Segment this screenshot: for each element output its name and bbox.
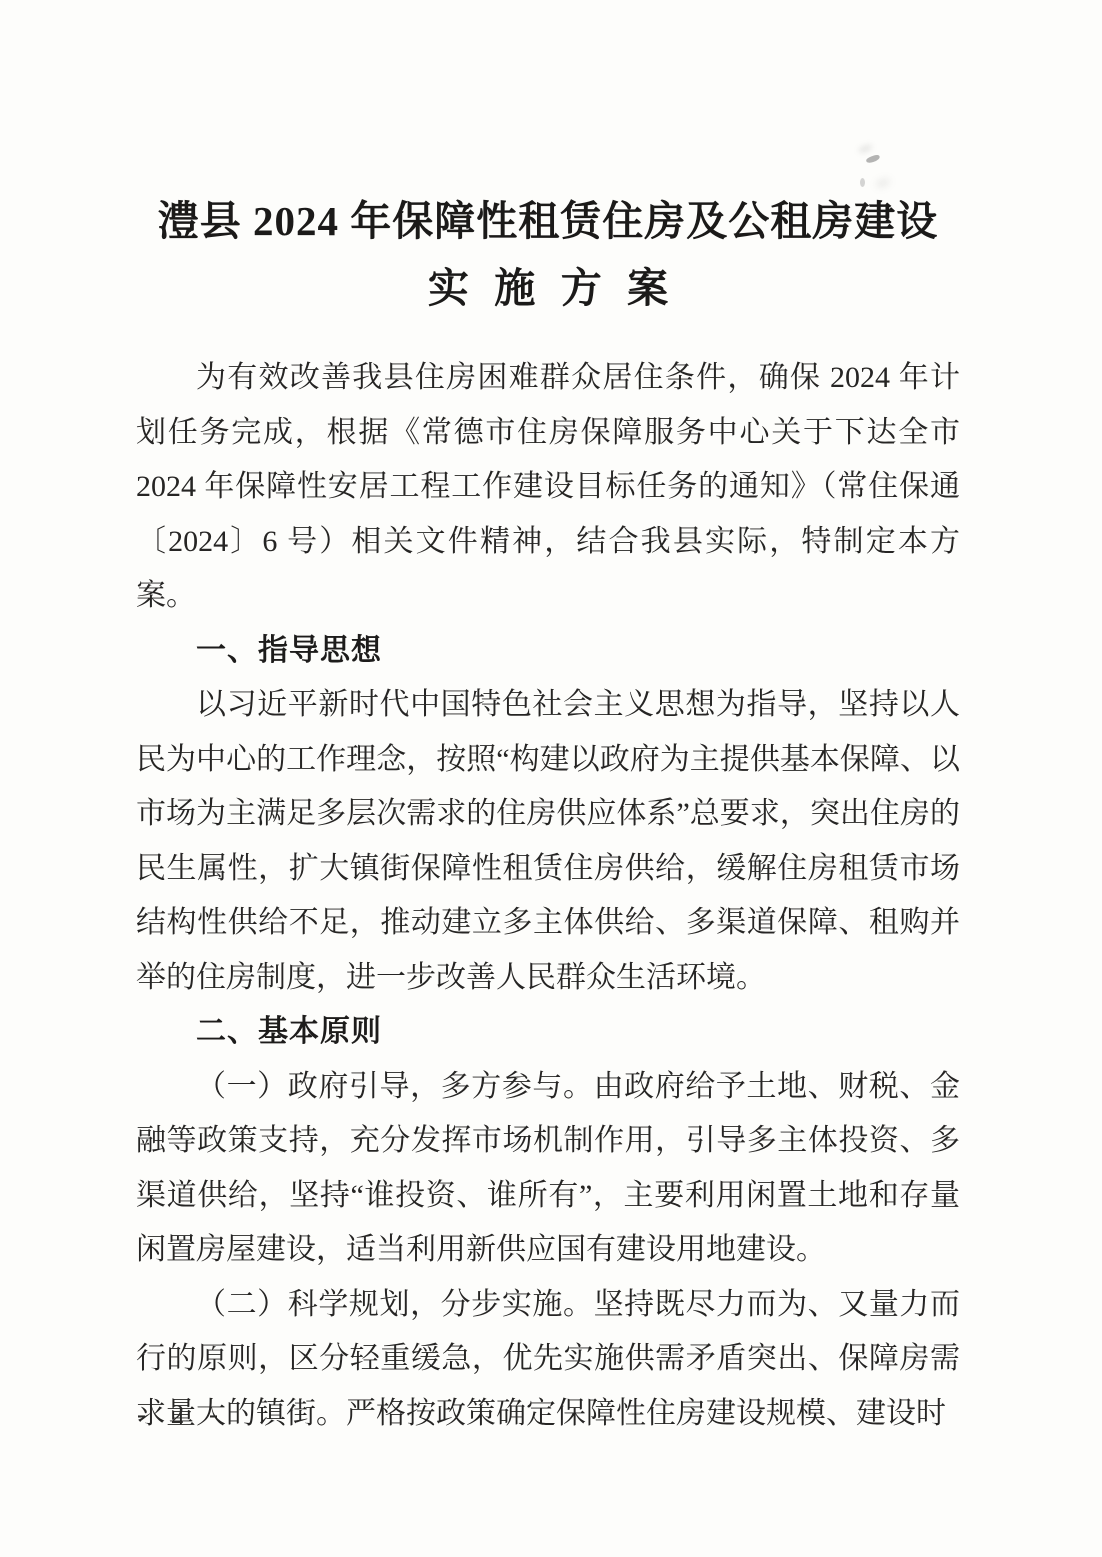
scan-speck — [860, 178, 865, 187]
paragraph-guiding-ideology: 以习近平新时代中国特色社会主义思想为指导，坚持以人民为中心的工作理念，按照“构建… — [136, 678, 960, 1005]
document-title-line-1: 澧县 2024 年保障性租赁住房及公租房建设 — [158, 198, 939, 244]
page-number: - 2 - — [137, 1399, 227, 1430]
scan-speck — [865, 154, 880, 164]
document-body: 为有效改善我县住房困难群众居住条件，确保 2024 年计划任务完成，根据《常德市… — [136, 351, 960, 1441]
scan-artifact — [858, 138, 884, 190]
paragraph-intro: 为有效改善我县住房困难群众居住条件，确保 2024 年计划任务完成，根据《常德市… — [136, 351, 960, 624]
paragraph-principle-2: （二）科学规划，分步实施。坚持既尽力而为、又量力而行的原则，区分轻重缓急，优先实… — [136, 1278, 960, 1442]
document-content: 澧县 2024 年保障性租赁住房及公租房建设 实施方案 为有效改善我县住房困难群… — [136, 188, 960, 1441]
scanned-document-page: 澧县 2024 年保障性租赁住房及公租房建设 实施方案 为有效改善我县住房困难群… — [0, 0, 1102, 1557]
document-title: 澧县 2024 年保障性租赁住房及公租房建设 实施方案 — [136, 188, 960, 322]
section-heading-basic-principles: 二、基本原则 — [136, 1005, 960, 1060]
section-heading-guiding-ideology: 一、指导思想 — [136, 624, 960, 679]
document-title-line-2: 实施方案 — [136, 255, 960, 322]
paragraph-principle-1: （一）政府引导，多方参与。由政府给予土地、财税、金融等政策支持，充分发挥市场机制… — [136, 1060, 960, 1278]
